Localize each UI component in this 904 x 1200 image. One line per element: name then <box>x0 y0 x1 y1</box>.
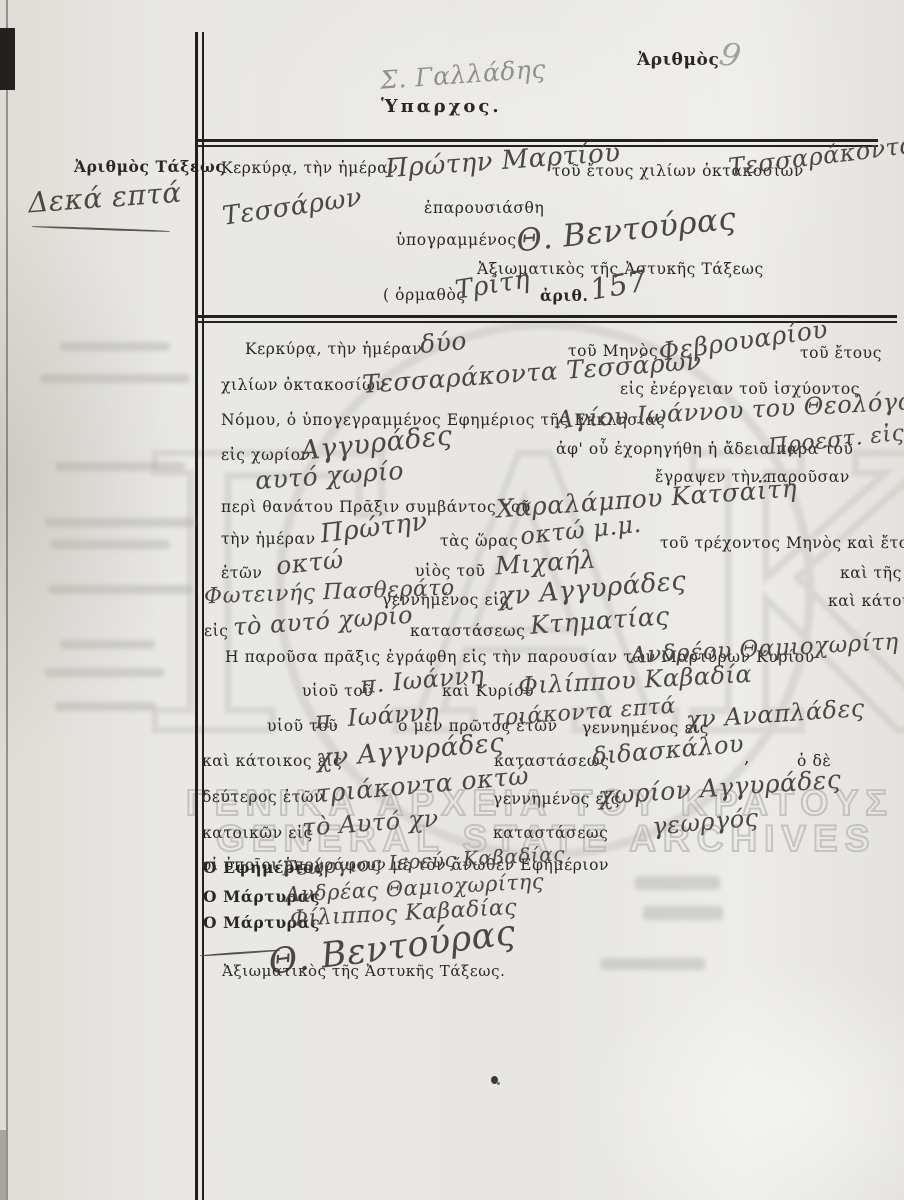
body-l4-village-label: εἰς χωρίον <box>221 446 311 464</box>
ink-blot-tail <box>497 1082 500 1085</box>
header-bundle-label: ( ὁρμαθὸς <box>383 286 466 304</box>
officer-title: Ἀξιωματικὸς τῆς Ἀστυκῆς Τάξεως. <box>222 962 505 980</box>
bleedthrough-mark <box>48 585 193 594</box>
bleedthrough-mark <box>643 906 723 920</box>
pencil-annotation-name: Σ. Γαλλάδης <box>379 54 547 95</box>
body-l16-status-label: καταστάσεως <box>493 824 608 842</box>
scan-left-edge <box>6 0 8 1200</box>
header-arith-label: ἀριθ. <box>540 286 588 305</box>
order-number-value: Δεκά επτά <box>27 176 183 220</box>
record-number-value: 9 <box>716 34 744 76</box>
body-l7-month-year-label: τοῦ τρέχοντος Μηνὸς καὶ ἔτους <box>660 534 904 552</box>
body-l9-resident-label: καὶ κάτοικος <box>828 592 904 610</box>
scan-bottom-left-shadow <box>0 1130 6 1200</box>
body-l7-day-label: τὴν ἡμέραν <box>221 530 316 548</box>
header-presented-label: ἐπαρουσιάσθη <box>424 199 544 217</box>
bleedthrough-mark <box>60 342 170 351</box>
yparchos-label: Ὑπαρχος. <box>381 96 502 117</box>
margin-flourish <box>32 226 170 232</box>
body-l10-at-label: εἰς <box>204 622 229 640</box>
body-l1-day-hw: δύο <box>419 326 468 359</box>
body-l14-comma: , <box>744 748 750 768</box>
bleedthrough-mark <box>60 640 155 649</box>
scan-corner-blot <box>0 28 15 90</box>
body-top-rule-1 <box>195 315 897 318</box>
body-l10-status-label: καταστάσεως <box>410 622 525 640</box>
record-number-label: Ἀριθμὸς <box>637 50 719 70</box>
bleedthrough-mark <box>45 668 165 677</box>
body-l16-resident-label: κατοικῶν εἰς <box>202 824 313 842</box>
body-l8-age-label: ἐτῶν <box>221 564 262 582</box>
bleedthrough-mark <box>45 518 195 527</box>
header-undersigned-label: ὑπογραμμένος <box>396 231 517 249</box>
bleedthrough-mark <box>600 958 705 970</box>
body-l7-hours-label: τὰς ὥρας <box>440 532 518 550</box>
body-l15-second-age-label: δεύτερος ἐτῶν <box>202 788 324 806</box>
body-l8-and-of-label: καὶ τῆς <box>840 564 902 582</box>
vertical-rule-outer <box>195 32 198 1200</box>
bleedthrough-mark <box>55 462 185 471</box>
header-top-rule-1 <box>195 139 878 142</box>
bleedthrough-mark <box>55 702 155 711</box>
header-officer-signature: Θ. Βεντούρας <box>515 201 738 260</box>
order-number-label: Ἀριθμὸς Τάξεως <box>74 157 225 176</box>
header-city-line: Κερκύρᾳ, τὴν ἡμέραν <box>221 159 398 177</box>
body-l1-year-label: τοῦ ἔτους <box>800 344 882 362</box>
bleedthrough-mark <box>635 876 720 890</box>
bleedthrough-mark <box>50 540 170 549</box>
bleedthrough-mark <box>40 374 190 383</box>
death-record-scan: ΓΑΚ ΓΕΝΙΚΑ ΑΡΧΕΙΑ ΤΟΥ ΚΡΑΤΟΥΣ GENERAL ST… <box>0 0 904 1200</box>
body-l2-printed: χιλίων ὀκτακοσίων <box>221 376 385 394</box>
vertical-rule-inner <box>202 32 204 1200</box>
body-l1-city: Κερκύρᾳ, τὴν ἡμέραν <box>245 340 422 358</box>
header-year-hw-2: Τεσσάρων <box>221 182 364 231</box>
